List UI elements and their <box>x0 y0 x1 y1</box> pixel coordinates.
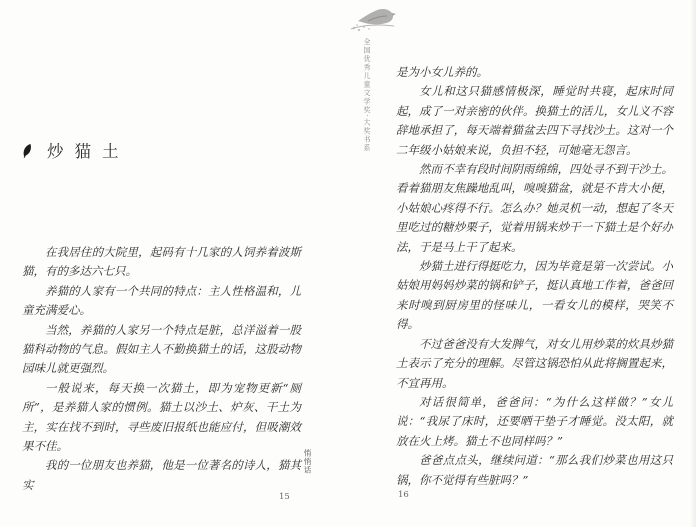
chapter-title-row: 炒猫土 <box>20 138 130 162</box>
leaf-icon <box>20 143 35 158</box>
page-number-left: 15 <box>279 492 290 502</box>
paragraph: 女儿和这只猫感情极深，睡觉时共寝，起床时同起，成了一对亲密的伙伴。换猫土的活儿，… <box>396 82 673 160</box>
paragraph: 炒猫土进行得挺吃力，因为毕竟是第一次尝试。小姑娘用妈妈炒菜的锅和铲子，挺认真地工… <box>396 257 673 335</box>
paragraph: 不过爸爸没有大发脾气，对女儿用炒菜的炊具炒猫土表示了充分的理解。尽管这锅恐怕从此… <box>396 335 673 393</box>
right-page: 全国优秀儿童文学奖·大奖书系 是为小女儿养的。 女儿和这只猫感情极深，睡觉时共寝… <box>348 0 696 527</box>
paragraph: 当然，养猫的人家另一个特点是脏，总洋溢着一股猫科动物的气息。假如主人不勤换猫土的… <box>22 321 301 379</box>
page-number-right: 16 <box>398 490 409 500</box>
left-page: 炒猫土 在我居住的大院里，起码有十几家的人饲养着波斯猫，有的多达六七只。 养猫的… <box>0 0 348 527</box>
paragraph: 然而不幸有段时间阴雨绵绵，四处寻不到干沙土。看着猫朋友焦躁地乱叫，嗅嗅猫盆，就是… <box>396 160 673 257</box>
paragraph: 是为小女儿养的。 <box>396 63 673 82</box>
left-page-body: 在我居住的大院里，起码有十几家的人饲养着波斯猫，有的多达六七只。 养猫的人家有一… <box>22 243 301 495</box>
paragraph: 养猫的人家有一个共同的特点：主人性格温和，儿童充满爱心。 <box>22 282 301 321</box>
chapter-title: 炒猫土 <box>47 138 130 162</box>
paragraph: 在我居住的大院里，起码有十几家的人饲养着波斯猫，有的多达六七只。 <box>22 243 301 282</box>
paragraph: 一般说来，每天换一次猫土，即为宠物更新“厕所”，是养猫人家的惯例。猫土以沙土、炉… <box>22 379 301 457</box>
right-page-body: 是为小女儿养的。 女儿和这只猫感情极深，睡觉时共寝，起床时同起，成了一对亲密的伙… <box>396 63 673 490</box>
running-footer-book-title: 悄悄话 <box>302 449 313 475</box>
paragraph: 对话很简单，爸爸问：“为什么这样做？”女儿说：“我尿了床时，还要晒干垫子才睡觉。… <box>396 393 673 451</box>
bird-on-branch-icon <box>348 5 398 37</box>
paragraph: 爸爸点点头，继续问道：“那么我们炒菜也用这只锅，你不觉得有些脏吗？” <box>396 451 673 490</box>
series-label: 全国优秀儿童文学奖·大奖书系 <box>362 38 372 156</box>
paragraph: 我的一位朋友也养猫，他是一位著名的诗人，猫其实 <box>22 456 301 495</box>
